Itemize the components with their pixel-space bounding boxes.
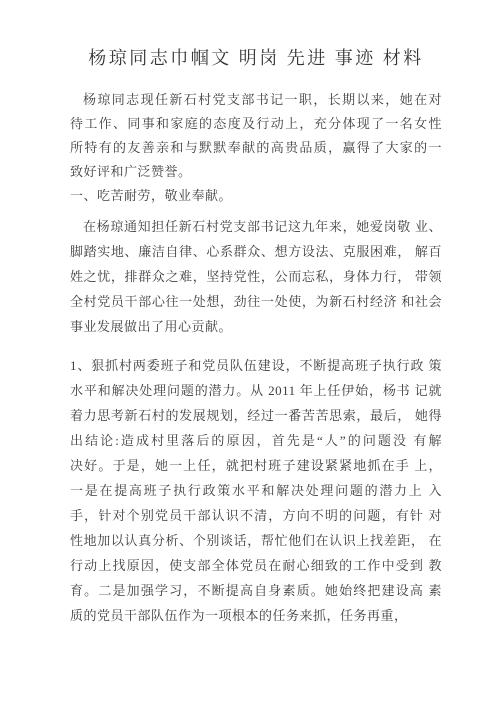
- text-line: 育。二是加强学习，不断提高自身素质。她始终把建设高 素: [70, 578, 442, 603]
- text-line: 事业发展做出了用心贡献。: [70, 314, 442, 339]
- text-line: 着力思考新石村的发展规划，经过一番苦苦思索，最后， 她得: [70, 403, 442, 428]
- heading-line: 一、吃苦耐劳，敬业奉献。: [70, 184, 442, 208]
- section-heading: 一、吃苦耐劳，敬业奉献。: [70, 184, 442, 208]
- paragraph-second: 在杨琼通知担任新石村党支部书记这九年来，她爱岗敬 业、 脚踏实地、廉洁自律、心系…: [70, 214, 442, 339]
- text-line: 性地加以认真分析、个别谈话，帮忙他们在认识上找差距， 在: [70, 528, 442, 553]
- text-line: 姓之忧，排群众之难，坚持党性，公而忘私，身体力行， 带领: [70, 264, 442, 289]
- text-line: 杨琼同志现任新石村党支部书记一职，长期以来，她在对: [70, 88, 442, 112]
- text-line: 全村党员干部心往一处想，劲往一处使，为新石村经济 和社会: [70, 289, 442, 314]
- paragraph-third: 1、狠抓村两委班子和党员队伍建设，不断提高班子执行政 策 水平和解决处理问题的潜…: [70, 353, 442, 628]
- document-title: 杨琼同志巾帼文 明岗 先进 事迹 材料: [70, 44, 442, 72]
- text-line: 质的党员干部队伍作为一项根本的任务来抓，任务再重，: [70, 603, 442, 628]
- text-line: 脚踏实地、廉洁自律、心系群众、想方设法、克服困难， 解百: [70, 239, 442, 264]
- text-line: 致好评和广泛赞誉。: [70, 160, 442, 184]
- document-page: 杨琼同志巾帼文 明岗 先进 事迹 材料 杨琼同志现任新石村党支部书记一职，长期以…: [0, 0, 500, 707]
- text-line: 决好。于是，她一上任，就把村班子建设紧紧地抓在手 上，: [70, 453, 442, 478]
- text-line: 手，针对个别党员干部认识不清，方向不明的问题，有针 对: [70, 503, 442, 528]
- text-line: 所特有的友善亲和与默默奉献的高贵品质，赢得了大家的一: [70, 136, 442, 160]
- text-line: 一是在提高班子执行政策水平和解决处理问题的潜力上 入: [70, 478, 442, 503]
- text-line: 待工作、同事和家庭的态度及行动上，充分体现了一名女性: [70, 112, 442, 136]
- text-line: 在杨琼通知担任新石村党支部书记这九年来，她爱岗敬 业、: [70, 214, 442, 239]
- text-line: 出结论:造成村里落后的原因，首先是“人”的问题没 有解: [70, 428, 442, 453]
- text-line: 1、狠抓村两委班子和党员队伍建设，不断提高班子执行政 策: [70, 353, 442, 378]
- paragraph-intro: 杨琼同志现任新石村党支部书记一职，长期以来，她在对 待工作、同事和家庭的态度及行…: [70, 88, 442, 184]
- text-line: 行动上找原因，使支部全体党员在耐心细致的工作中受到 教: [70, 553, 442, 578]
- text-line: 水平和解决处理问题的潜力。从 2011 年上任伊始，杨书 记就: [70, 378, 442, 403]
